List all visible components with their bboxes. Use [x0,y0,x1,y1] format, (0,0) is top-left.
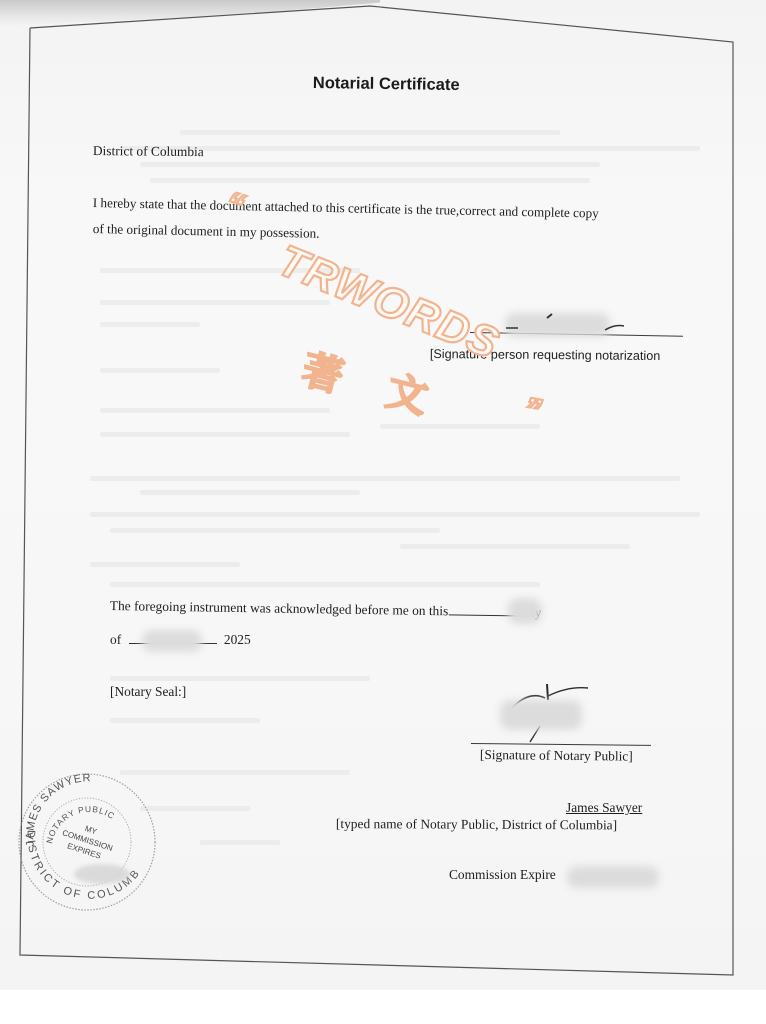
requester-signature-label: [Signature person requesting notarizatio… [430,347,660,363]
notary-signature-label: [Signature of Notary Public] [480,747,633,765]
page-title: Notarial Certificate [313,74,460,95]
year-text: 2025 [224,632,251,647]
of-text: of [110,632,121,647]
notary-seal-stamp: JAMES SAWYER NOTARY PUBLIC DISTRICT OF C… [12,766,162,916]
redacted-commission-date [567,866,659,888]
redacted-requester-signature [505,313,610,337]
redacted-seal-date [74,864,130,884]
redacted-month [142,630,202,652]
redacted-notary-signature [500,700,582,730]
redacted-day [508,598,542,624]
notary-name: James Sawyer [566,800,642,816]
notary-seal-label: [Notary Seal:] [110,684,186,700]
commission-expires-label: Commission Expire [449,867,556,883]
jurisdiction-text: District of Columbia [93,143,204,160]
notary-typed-name-label: [typed name of Notary Public, District o… [336,816,617,833]
